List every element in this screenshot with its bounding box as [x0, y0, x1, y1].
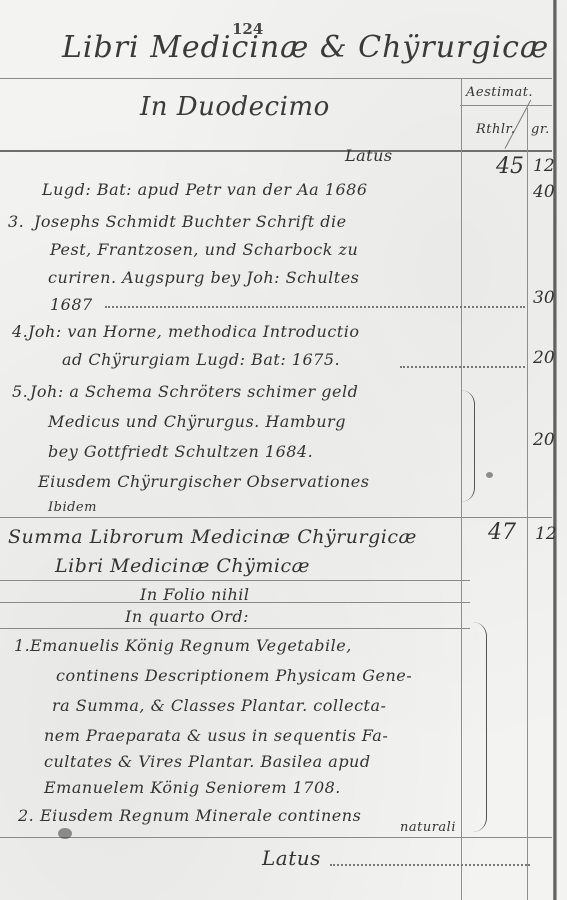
entry-line: naturali [400, 820, 456, 835]
entry-line: 1687 [50, 295, 93, 314]
grouping-brace [470, 622, 487, 832]
value-header-label: Aestimat. [466, 85, 533, 100]
entry-line: bey Gottfriedt Schultzen 1684. [48, 442, 313, 461]
entry-line: curiren. Augspurg bey Joh: Schultes [48, 268, 359, 287]
column-divider-groschen [527, 108, 528, 900]
carry-over-thaler: 45 [496, 154, 524, 179]
footer-latus-label: Latus [262, 846, 321, 870]
rule-bottom [0, 837, 552, 838]
entry-line: Pest, Frantzosen, und Scharbock zu [50, 240, 358, 259]
entry-line: Lugd: Bat: apud Petr van der Aa 1686 [42, 180, 368, 199]
entry-line: Eiusdem Chÿrurgischer Observationes [38, 472, 369, 491]
entry-number: 2. [18, 806, 34, 825]
manuscript-page: 124 Libri Medicinæ & Chÿrurgicæ In Duode… [0, 0, 567, 900]
value-header-thaler: Rthlr. [476, 122, 515, 137]
summa-groschen: 12 [535, 524, 557, 544]
summa-thaler: 47 [488, 520, 516, 545]
rule-under-header [0, 150, 552, 152]
entry-line: Josephs Schmidt Buchter Schrift die [34, 212, 347, 231]
entry-line: Joh: a Schema Schröters schimer geld [30, 382, 358, 401]
leader-dots [400, 366, 525, 368]
entry-line: continens Descriptionem Physicam Gene- [56, 666, 412, 685]
section-subtitle: In Duodecimo [140, 92, 330, 122]
rule-header-box [460, 105, 552, 106]
leader-dots [330, 864, 530, 866]
grouping-brace [460, 390, 475, 502]
section2-folio: In Folio nihil [140, 585, 249, 604]
entry-line: Emanuelis König Regnum Vegetabile, [30, 636, 352, 655]
entry-groschen: 20 [533, 348, 555, 368]
entry-number: 4. [12, 322, 28, 341]
rule-under-summa [0, 580, 470, 581]
entry-line: cultates & Vires Plantar. Basilea apud [44, 752, 371, 771]
section2-quarto: In quarto Ord: [125, 607, 249, 626]
page-gutter-edge [553, 0, 557, 900]
entry-groschen: 20 [533, 430, 555, 450]
entry-line: Emanuelem König Seniorem 1708. [44, 778, 341, 797]
summa-label: Summa Librorum Medicinæ Chÿrurgicæ [8, 526, 417, 548]
entry-line: nem Praeparata & usus in sequentis Fa- [44, 726, 388, 745]
entry-line: Joh: van Horne, methodica Introductio [28, 322, 359, 341]
rule-under-quarto [0, 628, 470, 629]
entry-line: Ibidem [48, 500, 97, 515]
section2-title: Libri Medicinæ Chÿmicæ [55, 555, 310, 577]
ink-blot [58, 828, 72, 839]
value-header-groschen: gr. [531, 122, 550, 137]
ink-blot [486, 472, 493, 478]
entry-groschen: 40 [533, 182, 555, 202]
entry-line: ra Summa, & Classes Plantar. collecta- [52, 696, 386, 715]
entry-line: ad Chÿrurgiam Lugd: Bat: 1675. [62, 350, 340, 369]
entry-line: Eiusdem Regnum Minerale continens [40, 806, 361, 825]
entry-number: 5. [12, 382, 28, 401]
entry-line: Medicus und Chÿrurgus. Hamburg [48, 412, 346, 431]
page-title: Libri Medicinæ & Chÿrurgicæ [62, 30, 549, 65]
rule-above-summa [0, 517, 552, 518]
leader-dots [105, 306, 525, 308]
rule-under-title [0, 78, 552, 79]
entry-number: 1. [14, 636, 30, 655]
entry-groschen: 30 [533, 288, 555, 308]
carry-over-label: Latus [345, 146, 393, 165]
entry-number: 3. [8, 212, 24, 231]
carry-over-groschen: 12 [533, 156, 555, 176]
